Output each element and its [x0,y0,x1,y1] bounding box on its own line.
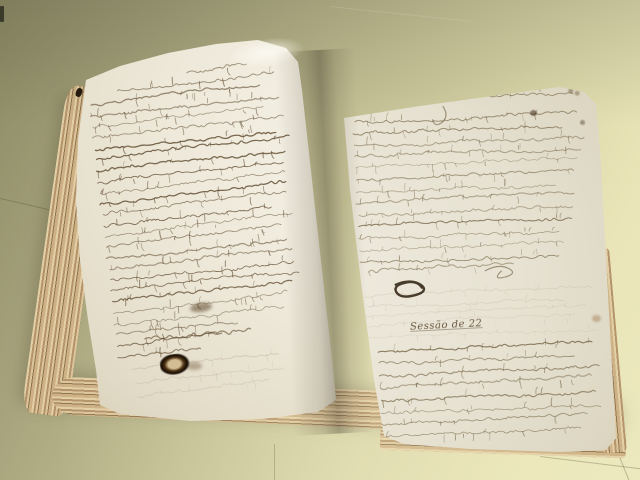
left-page-ink [86,59,317,405]
foxing-spot [580,120,585,125]
header-flourish [432,106,446,124]
wall-speck [0,6,4,22]
right-page-ink [351,84,602,445]
photo-canvas: Sessão de 22 [0,0,640,480]
right-page-handwriting [335,75,625,460]
closing-flourish [485,266,513,279]
folio-number-smudge [566,86,582,98]
left-page-handwriting [60,30,350,430]
ink-blot [159,352,192,377]
foxing-spot [592,315,601,322]
scratch-line [540,456,640,470]
foxing-spot [530,110,537,116]
scratch-line [330,6,469,22]
scratch-line [274,444,275,480]
